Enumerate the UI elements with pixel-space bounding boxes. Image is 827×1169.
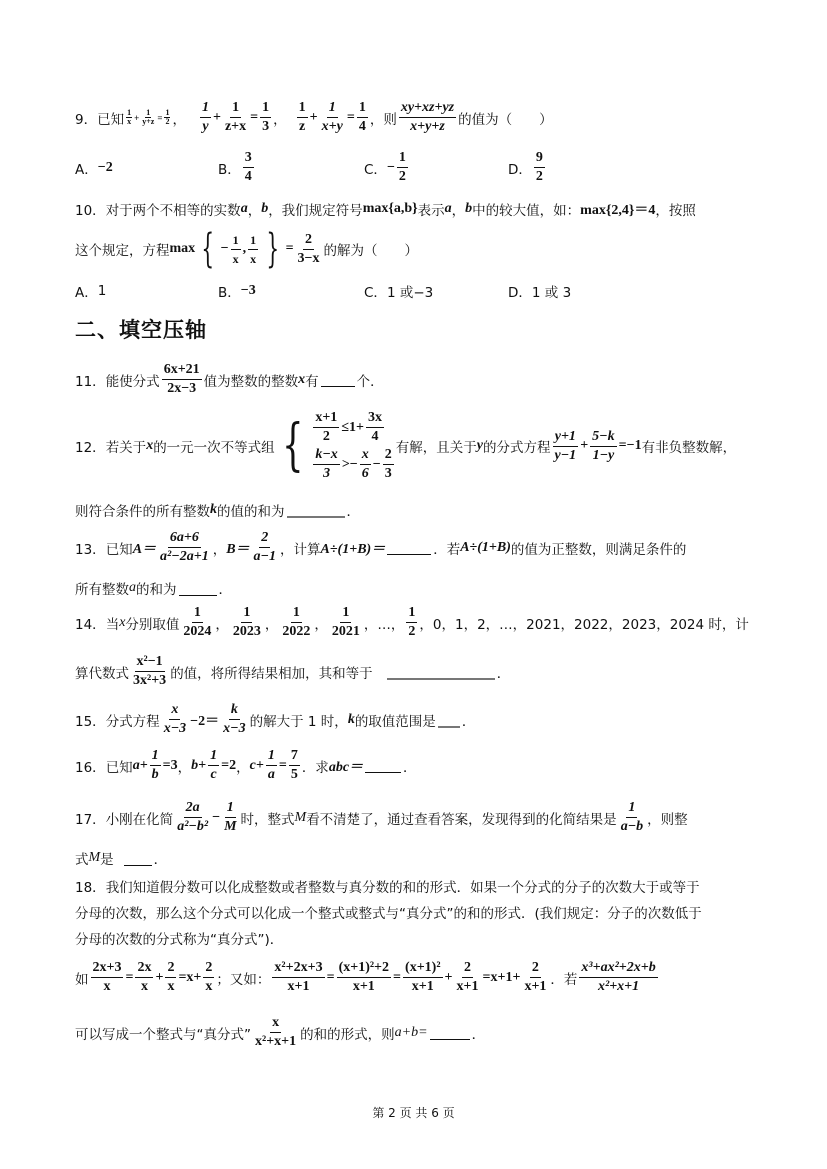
question-17: 17． 小刚在化简 2aa²−b² − 1M 时，整式 M 看不清楚了，通过查看… bbox=[75, 800, 688, 835]
fraction: 12 bbox=[164, 109, 170, 126]
page-footer: 第 2 页 共 6 页 bbox=[0, 1104, 827, 1121]
answer-blank[interactable] bbox=[179, 581, 217, 596]
option-a: A．1 bbox=[75, 281, 106, 301]
section-title: 二、填空压轴 bbox=[75, 314, 207, 344]
fraction: xy+xz+yzx+y+z bbox=[399, 100, 456, 135]
question-text: 已知 bbox=[97, 108, 124, 128]
question-12-line2: 则符合条件的所有整数 k 的值的和为 ． bbox=[75, 500, 360, 520]
option-b: B． 34 bbox=[218, 150, 256, 185]
question-10: 10． 对于两个不相等的实数 a ， b ，我们规定符号 max{a,b} 表示… bbox=[75, 199, 696, 219]
option-b: B．−3 bbox=[218, 281, 256, 301]
fraction: 1x bbox=[126, 109, 132, 126]
question-11: 11． 能使分式 6x+212x−3 值为整数的整数 x 有 个． bbox=[75, 362, 384, 397]
question-18-line2: 分母的次数，那么这个分式可以化成一个整式或整式与“真分式”的和的形式．(我们规定… bbox=[75, 902, 702, 922]
fraction: 1z bbox=[297, 100, 308, 135]
fraction: 1x+y bbox=[320, 100, 345, 135]
system-brace: { bbox=[282, 418, 303, 474]
answer-blank[interactable] bbox=[387, 540, 431, 555]
answer-blank[interactable] bbox=[124, 851, 152, 866]
inequality-system: x+12 ≤1+ 3x4 k−x3 >− x6 − 23 bbox=[311, 410, 395, 482]
question-18-line5: 可以写成一个整式与“真分式” xx²+x+1 的和的形式，则 a+b= ． bbox=[75, 1015, 485, 1050]
fraction: 1z+x bbox=[223, 100, 248, 135]
fraction: 13 bbox=[260, 100, 271, 135]
question-15: 15． 分式方程 xx−3 −2＝ kx−3 的解大于 1 时， k 的取值范围… bbox=[75, 702, 475, 737]
question-13-line2: 所有整数 a 的和为 ． bbox=[75, 578, 232, 598]
answer-blank[interactable] bbox=[287, 502, 345, 518]
question-number: 9． bbox=[75, 108, 97, 128]
fraction: 1y bbox=[200, 100, 211, 135]
question-18: 18． 我们知道假分数可以化成整数或者整数与真分数的和的形式．如果一个分式的分子… bbox=[75, 876, 700, 896]
option-c: C． − 12 bbox=[364, 150, 410, 185]
answer-blank[interactable] bbox=[387, 664, 495, 680]
question-14: 14． 当 x 分别取值 12024 ， 12023 ， 12022 ， 120… bbox=[75, 605, 749, 640]
question-18-examples: 如 2x+3x = 2xx + 2x =x+ 2x ；又如： x²+2x+3x+… bbox=[75, 960, 660, 995]
question-12: 12． 若关于 x 的一元一次不等式组 { x+12 ≤1+ 3x4 k−x3 … bbox=[75, 410, 736, 482]
question-17-line2: 式 M 是 ． bbox=[75, 848, 167, 868]
fraction: 14 bbox=[357, 100, 368, 135]
answer-blank[interactable] bbox=[365, 758, 401, 773]
question-13: 13． 已知 A＝ 6a+6a²−2a+1 ， B＝ 2a−1 ，计算 A÷(1… bbox=[75, 530, 686, 565]
option-d: D． 92 bbox=[508, 150, 547, 185]
question-16: 16． 已知 a+ 1b =3 ， b+ 1c =2 ， c+ 1a = 75 … bbox=[75, 748, 417, 783]
answer-blank[interactable] bbox=[321, 372, 355, 387]
option-c: C．1 或−3 bbox=[364, 281, 433, 301]
option-d: D．1 或 3 bbox=[508, 281, 571, 301]
answer-blank[interactable] bbox=[438, 712, 460, 728]
question-10-line2: 这个规定，方程 max { − 1x , 1x } = 23−x 的解为（ ） bbox=[75, 229, 418, 269]
fraction: 1y+z bbox=[141, 109, 155, 126]
answer-blank[interactable] bbox=[430, 1025, 470, 1040]
option-a: A． −2 bbox=[75, 158, 113, 178]
question-9: 9． 已知 1x + 1y+z = 12 ， 1y + 1z+x = 13 ， … bbox=[75, 100, 553, 135]
question-18-line3: 分母的次数的分式称为“真分式”)． bbox=[75, 928, 283, 948]
question-14-line2: 算代数式 x²−13x²+3 的值，将所得结果相加，其和等于 ． bbox=[75, 654, 510, 689]
